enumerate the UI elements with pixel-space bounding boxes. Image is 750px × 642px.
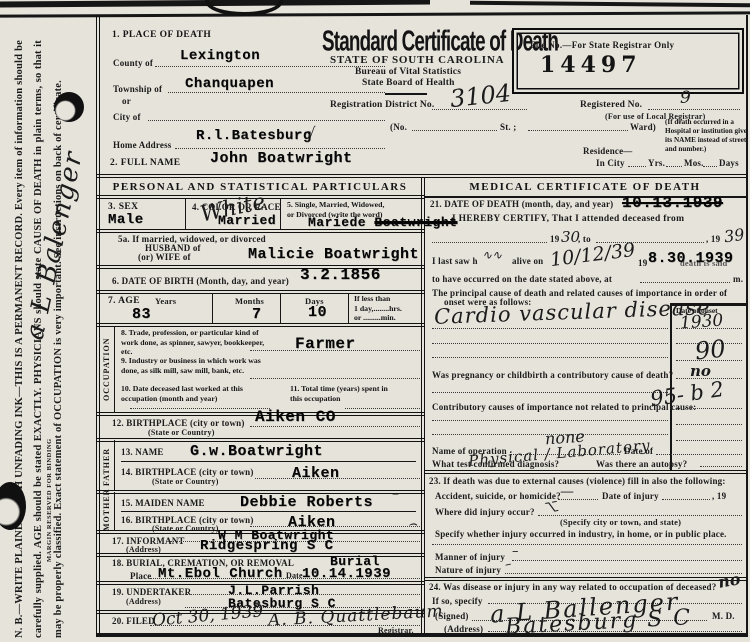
- dotted-line: [662, 499, 710, 500]
- dotted-line: [703, 166, 717, 167]
- dotted-line: [676, 360, 742, 361]
- checkmark: √: [306, 124, 316, 142]
- year2-label: , 19: [706, 234, 720, 245]
- dotted-line: [432, 392, 668, 393]
- alive-label: alive on: [512, 256, 543, 267]
- district-label: Registration District No.: [330, 100, 434, 111]
- stray-mark: –: [392, 486, 399, 502]
- where-label: Where did injury occur?: [435, 507, 535, 518]
- township-label: Township of: [113, 84, 162, 95]
- dotted-line: [648, 109, 740, 110]
- dotted-line: [148, 120, 385, 121]
- marital-label-line1: 5. Single, Married, Widowed,: [287, 200, 384, 209]
- occupation-value: Farmer: [295, 335, 356, 353]
- f21-label: 21. DATE OF DEATH (month, day, and year): [430, 199, 613, 210]
- dotted-line: [700, 466, 742, 467]
- pregnancy-label: Was pregnancy or childbirth a contributo…: [432, 370, 673, 381]
- birthplace-value: Aiken CO: [255, 408, 336, 426]
- registered-value: 9: [680, 88, 691, 108]
- yrs-label: Yrs.: [648, 158, 665, 169]
- f10-label: 10. Date deceased last worked at this oc…: [121, 384, 261, 403]
- scan-mark: [0, 11, 750, 17]
- dotted-line: [432, 420, 668, 421]
- dotted-line: [432, 544, 742, 545]
- cell-divider: [114, 492, 115, 530]
- file-number-label: File No.—For State Registrar Only: [530, 40, 674, 51]
- signed-label: (Signed): [435, 611, 469, 622]
- file-number-value: 14497: [540, 52, 642, 78]
- sex-value: Male: [108, 212, 144, 228]
- dotted-line: [676, 328, 742, 329]
- dotted-line: [150, 578, 420, 579]
- divider: [385, 93, 427, 95]
- form-right-border: [746, 15, 748, 637]
- cell-divider: [114, 440, 115, 490]
- age-label: 7. AGE: [108, 296, 140, 306]
- f8-label: 8. Trade, profession, or particular kind…: [121, 328, 271, 357]
- dotted-line: [168, 92, 385, 93]
- medical-band-title: MEDICAL CERTIFICATE OF DEATH: [425, 181, 745, 193]
- residence-label: Residence—: [583, 146, 633, 157]
- dotted-line: [412, 130, 497, 131]
- place-title: 1. PLACE OF DEATH: [112, 30, 211, 40]
- year1-label: 19: [550, 234, 559, 245]
- dotted-line: [505, 573, 742, 574]
- dotted-line: [558, 499, 598, 500]
- year3-label: 19: [638, 258, 647, 269]
- filed-date-value: Oct 30, 1939: [151, 601, 264, 631]
- informant-address-value: Ridgespring S C: [200, 538, 334, 554]
- dotted-line: [130, 408, 270, 409]
- burial-date-label: Date: [286, 571, 303, 581]
- cell-divider: [348, 293, 349, 323]
- separator: [425, 577, 747, 581]
- dotted-line: [666, 166, 682, 167]
- father-birthplace-value: Aiken: [292, 465, 340, 482]
- dotted-line: [676, 440, 742, 441]
- cell-divider: [280, 199, 281, 229]
- death-certificate-scan: N. B.—WRITE PLAINLY, WITH UNFADING INK—T…: [0, 0, 750, 642]
- wife-of-label: (or) WIFE of: [138, 252, 191, 263]
- dotted-line: [432, 242, 547, 243]
- county-label: County of: [113, 58, 153, 69]
- separator: [97, 323, 424, 327]
- fullname-value: John Boatwright: [210, 150, 353, 167]
- bottom-border: [97, 633, 747, 637]
- dotted-line: [656, 454, 742, 455]
- underline: [121, 511, 416, 512]
- dotted-line: [432, 328, 668, 329]
- less-line2: 1 day,........hrs.: [354, 304, 402, 313]
- occurred-label: to have occurred on the date stated abov…: [432, 274, 612, 285]
- dotted-line: [250, 378, 420, 379]
- age-years-label: Years: [155, 296, 176, 306]
- punch-hole: [54, 92, 84, 122]
- f13-label: 13. NAME: [121, 447, 164, 458]
- autopsy-label: Was there an autopsy?: [596, 459, 687, 470]
- days-label: Days: [719, 158, 739, 169]
- registered-label: Registered No.: [580, 100, 642, 111]
- age-days-value: 10: [308, 304, 327, 321]
- to-label: , to: [578, 234, 591, 245]
- lastsaw-squiggle: ∿∿: [482, 248, 502, 262]
- stray-dash: –: [512, 544, 519, 559]
- nature-label: Nature of injury: [435, 565, 501, 576]
- street-no-label: (No.: [390, 122, 407, 133]
- less-line3: or .........min.: [354, 313, 396, 322]
- cell-divider: [185, 199, 186, 229]
- home-address-label: Home Address: [113, 140, 172, 151]
- dotted-line: [676, 424, 742, 425]
- mos-label: Mos.: [684, 158, 704, 169]
- dotted-line: [250, 426, 420, 427]
- underline: [121, 461, 416, 462]
- lastsaw-label: I last saw h: [432, 256, 478, 267]
- manner-label: Manner of injury: [435, 552, 505, 563]
- dotted-line: [528, 130, 628, 131]
- f9-label: 9. Industry or business in which work wa…: [121, 356, 271, 375]
- dotted-line: [185, 594, 420, 595]
- code-95b2-handwritten: 95- b 2: [649, 377, 726, 411]
- cell-divider: [212, 293, 213, 323]
- f19-sub: (Address): [126, 597, 161, 607]
- dotted-line: [538, 515, 742, 516]
- cell-divider: [114, 326, 115, 412]
- ifso-label: If so, specify: [432, 596, 483, 607]
- f12-sub: (State or Country): [148, 428, 215, 438]
- dotted-line: [488, 631, 742, 632]
- certify-line: I HEREBY CERTIFY, That I attended deceas…: [452, 214, 684, 225]
- age-years-value: 83: [132, 306, 151, 323]
- separator: [97, 174, 747, 178]
- occupation-side-label: OCCUPATION: [102, 330, 111, 408]
- scan-mark: [470, 1, 750, 7]
- dotted-line: [512, 560, 742, 561]
- dob-label: 6. DATE OF BIRTH (Month, day, and year): [112, 276, 289, 287]
- hospital-note: (If death occurred in a Hospital or inst…: [665, 118, 747, 154]
- burial-date-value: 10.14.1939: [302, 566, 391, 582]
- m-label: m.: [733, 274, 743, 285]
- township-value: Chanquapen: [185, 76, 274, 92]
- death-date-value: 10.13.1939: [622, 194, 723, 212]
- cell-divider: [280, 293, 281, 323]
- f24-no-handwritten: no: [717, 569, 742, 592]
- onset-value-handwritten: 1930: [679, 311, 724, 334]
- dotted-line: [676, 408, 742, 409]
- county-value: Lexington: [180, 48, 260, 64]
- md-label: M. D.: [712, 611, 735, 622]
- center-divider: [421, 178, 425, 637]
- separator: [97, 438, 424, 442]
- state-line: STATE OF SOUTH CAROLINA: [330, 54, 504, 67]
- dotted-line: [432, 343, 668, 344]
- city-label: City of: [113, 112, 141, 123]
- marital-value: Mariede Boatwright: [308, 215, 457, 230]
- specify-label: Specify whether injury occurred in indus…: [435, 529, 727, 540]
- ward-label: Ward): [630, 122, 656, 133]
- f20-label: 20. FILED: [112, 616, 155, 627]
- spouse-value: Malicie Boatwright: [248, 246, 419, 263]
- f14-sub: (State or Country): [152, 477, 219, 487]
- age-months-value: 7: [252, 306, 262, 323]
- accident-label: Accident, suicide, or homicide?: [435, 491, 561, 502]
- dob-value: 3.2.1856: [300, 266, 381, 284]
- mother-name-value: Debbie Roberts: [240, 494, 373, 511]
- father-name-value: G.w.Boatwright: [190, 443, 323, 460]
- home-address-value: R.l.Batesburg: [196, 128, 312, 144]
- street-label: St. ;: [500, 122, 517, 133]
- sex-label: 3. SEX: [108, 202, 138, 212]
- board-line: State Board of Health: [362, 78, 455, 89]
- dotted-line: [640, 282, 730, 283]
- burial-place-value: Mt.Ebol Church: [158, 566, 283, 582]
- address-label: (Address): [444, 624, 483, 635]
- stray-dash: —: [560, 484, 574, 500]
- dotted-line: [175, 148, 385, 149]
- dotted-line: [432, 357, 668, 358]
- separator: [425, 470, 747, 474]
- mother-side-label: MOTHER: [102, 495, 111, 531]
- less-than-label: If less than1 day,........hrs.or .......…: [354, 294, 422, 323]
- father-side-label: FATHER: [102, 444, 111, 490]
- injury-date-label: Date of injury: [602, 491, 659, 502]
- dotted-line: [628, 166, 646, 167]
- injury-year-label: , 19: [712, 491, 726, 502]
- f11-label: 11. Total time (years) spent in this occ…: [290, 384, 400, 403]
- age-months-label: Months: [235, 296, 264, 306]
- or-label: or: [122, 96, 131, 107]
- bureau-line: Bureau of Vital Statistics: [355, 67, 461, 78]
- year2-handwritten: 39: [723, 225, 746, 247]
- margin-binding-note: MARGIN RESERVED FOR BINDING: [46, 352, 54, 562]
- f15-label: 15. MAIDEN NAME: [121, 498, 205, 509]
- in-city-label: In City: [596, 158, 625, 169]
- dotted-line: [345, 408, 420, 409]
- fullname-label: 2. FULL NAME: [110, 158, 181, 168]
- district-value: 3104: [449, 79, 513, 113]
- death-time-value: 8.30.1939: [648, 250, 734, 267]
- marital-struck-text: Boatwright: [374, 215, 457, 230]
- f23-label: 23. If death was due to external causes …: [429, 476, 726, 487]
- where-sub: (Specify city or town, and state): [560, 517, 681, 527]
